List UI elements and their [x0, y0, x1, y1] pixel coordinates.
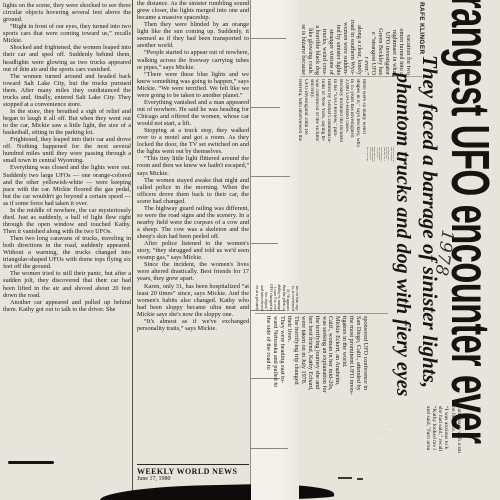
text-line: women were sudden- [342, 0, 349, 75]
paragraph: Everything was closed and the lights wer… [3, 164, 131, 206]
paragraph: Stopping at a truck stop, they walked ov… [137, 127, 249, 155]
text-line: vacation for two [405, 0, 412, 75]
text-line: “It's the first [375, 147, 377, 247]
main-headline-text: Strangest UFO encounter ever [441, 0, 500, 443]
text-line: bling sound reached t [372, 424, 374, 500]
paragraph: The women turned around and headed back … [3, 73, 131, 108]
text-line: were taken on in July 1978. [299, 316, 306, 498]
text-line: Beckley included the incident [337, 79, 343, 311]
text-line: In the back seat of th [382, 424, 384, 500]
text-line: omen turned into a [398, 0, 405, 75]
text-line: t case I've ever [273, 245, 277, 311]
fold-crease-mark [250, 107, 280, 108]
text-line: Beckley met a [368, 147, 370, 247]
text-line: Mickie Eckert, an Anaheim, [333, 316, 340, 498]
text-line: their car. The dog an [375, 424, 377, 500]
text-line: trucks, weird crea- [321, 0, 328, 75]
paragraph: “There were these blue lights and we kne… [137, 71, 249, 99]
paragraph: Shocked and frightened, the women leaped… [3, 44, 131, 72]
text-line: Mickie's attention fro [384, 424, 386, 500]
kicker-line-2: phantom trucks and dog with fiery eyes [388, 73, 414, 477]
text-line: the most prominent UFO inves- [347, 316, 354, 498]
newspaper-scan: { "colors": { "ink": "#1c1914", "newspri… [0, 0, 500, 500]
paragraph: lights on the scene, they were shocked t… [3, 2, 131, 23]
paragraph: The women stayed awake that night and ca… [137, 177, 249, 205]
paragraph: Since the incident, the women's lives we… [137, 261, 249, 282]
text-line: They were heading east to- [278, 316, 285, 498]
paragraph: In the store, they breathed a sigh of re… [3, 108, 131, 136]
text-line: The women jump [377, 424, 379, 500]
text-line: sincerity. [308, 79, 314, 311]
text-line: en at a privately [255, 245, 259, 311]
text-line: UFO changed its [268, 245, 272, 311]
text-line: lished by Global Communica- [325, 79, 331, 311]
text-line: Calif., woman in her mid-20s, [327, 316, 334, 498]
text-line: 2,000 UFO-related cases. [343, 79, 349, 311]
text-line: ability to manip- [277, 245, 281, 311]
text-line: d: “It appears [286, 245, 290, 311]
text-line: sponsored UFO conference in [361, 316, 368, 498]
text-line: shape into anoth [371, 147, 373, 247]
rotated-article-column-1: vacation for twoomen turned into anightm… [300, 0, 412, 75]
text-line: in 15 years has investigated [349, 79, 355, 311]
text-line: along a clear, lonely [356, 0, 363, 75]
text-line: a horrible black dog [314, 0, 321, 75]
text-line: road in southern Wyo- [349, 0, 356, 75]
text-line: r ever.” [363, 0, 370, 75]
text-line: like glowing coals. [307, 0, 314, 75]
column-rule [255, 313, 388, 314]
text-line: from this case t [382, 147, 384, 247]
paragraph: Then they were blinded by an orange ligh… [137, 21, 249, 49]
paragraph: Another car appeared and pulled up behin… [3, 299, 131, 313]
text-line: nightmare in what [391, 0, 398, 75]
main-headline: Strangest UFO encounter ever [441, 0, 500, 500]
fold-crease-mark [250, 243, 278, 244]
text-line: urs on four sep- [295, 245, 299, 311]
text-line: tions of New York, saying he [319, 79, 325, 311]
fold-crease-mark [250, 176, 290, 177]
text-line: ward Nebraska and pulled to [271, 316, 278, 498]
rotated-article-column-3: sponsored UFO conference inSan Diego, Ca… [264, 316, 368, 498]
text-line: Green Beckley has [377, 0, 384, 75]
rotated-article-column-2: there were so many weirdshapes in it,” s… [296, 79, 366, 311]
paragraph: “This tiny little light flittered around… [137, 155, 249, 176]
text-line: Beckley said [385, 147, 387, 247]
text-line: was convinced of the victims' [314, 79, 320, 311]
text-line: a strange-looking “kid [380, 424, 382, 500]
text-line: the terrifying journey she and [313, 316, 320, 498]
publication-name: WEEKLY WORLD NEWS [137, 467, 249, 476]
publication-date: June 17, 1980 [137, 476, 249, 482]
text-line: ulate our minds [378, 147, 380, 247]
text-line: UFOs have the a [380, 147, 382, 247]
paragraph: the distance. As the sinister rumbling s… [137, 0, 249, 21]
paragraph: “It's almost as if we've exchanged perso… [137, 318, 249, 332]
paragraph: Everything vanished and a man appeared o… [137, 99, 249, 127]
text-line: stranger visions of [328, 0, 335, 75]
pen-underline [8, 461, 54, 464]
paragraph: The women tried to still their panic, bu… [3, 270, 131, 298]
text-line: one of the wome [366, 147, 368, 247]
rotated-article-column-2-fold-tails: urs on four sep-is, is convincedd: “It a… [255, 245, 299, 311]
paragraph: “Right in front of our eyes, they turned… [3, 23, 131, 44]
text-line: in his “UFO Review,” pub- [331, 79, 337, 311]
left-page-column-2: the distance. As the sinister rumbling s… [137, 0, 249, 462]
column-divider-rule [132, 0, 133, 500]
paragraph: Frightened, they leaped into their car a… [3, 136, 131, 164]
fold-crease-mark [250, 38, 286, 39]
text-line: Then Kathy yelled, [385, 424, 387, 500]
paragraph: After police listened to the women's sto… [137, 240, 249, 261]
text-line: is, is convinced [290, 245, 294, 311]
paragraph: Karen, only 31, has been hospitalized “a… [137, 283, 249, 318]
text-line: UFO investigator [384, 0, 391, 75]
paragraph: “People started to appear out of nowhere… [137, 49, 249, 70]
text-line: was seeking an explanation for [320, 316, 327, 498]
text-line: UFO investigator John De [302, 79, 308, 311]
text-line: and interviewed [259, 245, 263, 311]
text-line: her object,” [264, 245, 268, 311]
text-line: the side of the road to [264, 316, 271, 498]
text-line: tigators in the world. [340, 316, 347, 498]
text-line: The horrifying trip changed [292, 316, 299, 498]
text-line: se is bizarre because [300, 0, 307, 75]
text-line: vanished. Then a dis [374, 424, 376, 500]
text-line: her best friend, Kathy Echard, [306, 316, 313, 498]
text-line: heard where a U [373, 147, 375, 247]
paragraph: In the middle of nowhere, the car myster… [3, 207, 131, 235]
text-line: shapes in it,” says Beckley, who [354, 79, 360, 311]
text-line: that the pilots of [281, 245, 285, 311]
text-line: San Diego, Calif., attended by [354, 316, 361, 498]
byline: RAFE KLINGER [414, 2, 425, 60]
page-footer: WEEKLY WORLD NEWS June 17, 1980 [137, 464, 249, 482]
paragraph: Then two long caravans of trucks, travel… [3, 235, 131, 270]
paragraph: The highway guard railing was different,… [137, 205, 249, 240]
text-line: ted by sinister lights [335, 0, 342, 75]
text-line: “Our hair stood on e [370, 424, 372, 500]
text-line: “Kathy looked me i [431, 406, 437, 498]
text-line: e “strangest UFO [370, 0, 377, 75]
text-line: and said, 'Turn arou [424, 406, 430, 498]
text-line: their lives. [285, 316, 292, 498]
left-page-column-1: lights on the scene, they were shocked t… [3, 2, 131, 500]
